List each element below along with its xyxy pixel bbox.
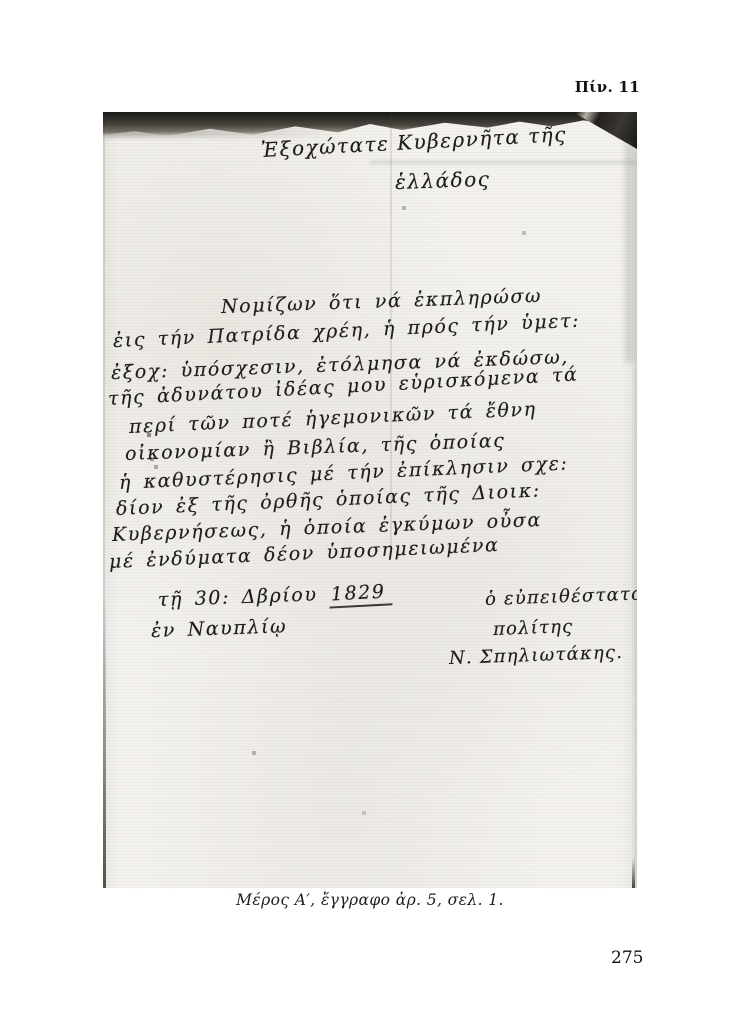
handwritten-place-line: ἐν Ναυπλίῳ bbox=[151, 615, 288, 642]
scan-left-edge-shadow bbox=[103, 588, 106, 888]
book-page: { "page": { "plate_label": "Πίν. 11", "c… bbox=[0, 0, 743, 1027]
handwritten-date-line: τῇ 30: Δβρίου 1829 bbox=[158, 581, 393, 614]
handwritten-heading-line: ἑλλάδος bbox=[395, 167, 491, 194]
scan-horizontal-crease bbox=[370, 160, 637, 165]
plate-label: Πίν. 11 bbox=[575, 78, 640, 96]
handwritten-line: ἐις τήν Πατρίδα χρέη, ἡ πρός τήν ὑμετ: bbox=[113, 310, 581, 352]
handwritten-closing-line: ὁ εὐπειθέστατος, bbox=[485, 583, 637, 610]
scan-right-smudge bbox=[625, 142, 633, 362]
date-text: τῇ 30: Δβρίου bbox=[158, 583, 318, 611]
handwritten-closing-line: πολίτης bbox=[493, 616, 574, 640]
handwritten-signature: Ν. Σπηλιωτάκης. bbox=[449, 642, 624, 669]
scan-bottom-right-mark bbox=[632, 858, 635, 888]
date-year: 1829 bbox=[329, 580, 393, 608]
plate-caption: Μέρος Α′, ἔγγραφο ἀρ. 5, σελ. 1. bbox=[103, 891, 637, 909]
scan-ink-specks bbox=[103, 112, 105, 114]
manuscript-scan: Ἐξοχώτατε Κυβερνῆτα τῆς ἑλλάδος Νομίζων … bbox=[103, 112, 637, 888]
page-number: 275 bbox=[611, 948, 643, 968]
